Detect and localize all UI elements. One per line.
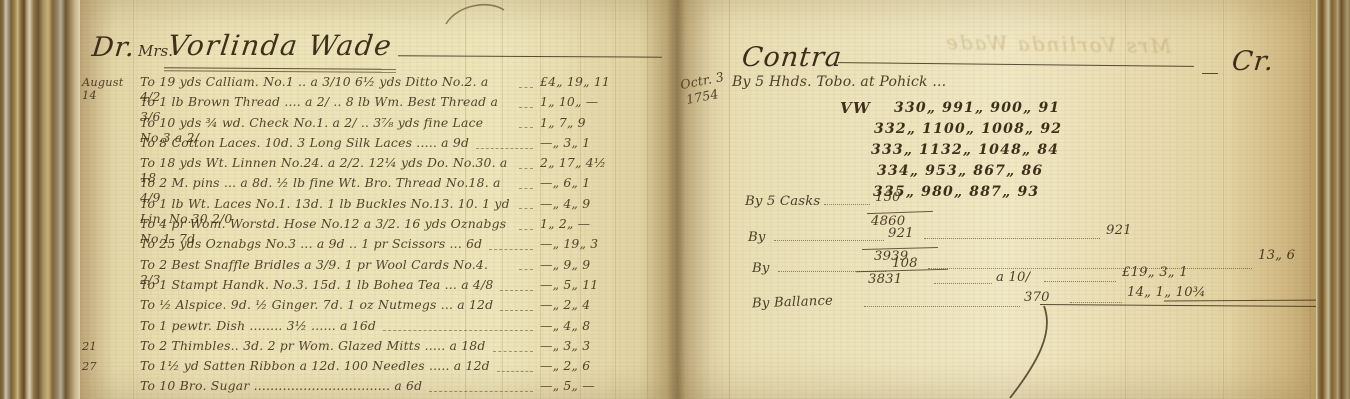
name-underline [164,67,396,73]
debit-abbrev: Dr. [90,32,136,63]
ledger-row: To 2 M. pins ... a 8d. ½ lb fine Wt. Bro… [82,175,638,195]
casks-label: By 5 Casks [745,194,820,209]
closing-rule [1040,304,1332,307]
ledger-row: To 1 Stampt Handk. No.3. 15d. 1 lb Bohea… [82,277,638,297]
entry-amount: —„ 4„ 9 [540,196,638,211]
entry-amount: —„ 9„ 9 [540,257,638,272]
price-rate: a 10/ [996,270,1030,285]
dash-leader [383,330,533,331]
dash-leader [500,310,533,311]
entry-amount: 1„ 7„ 9 [540,115,638,130]
tobacco-note-line: 330„ 991„ 900„ 91 [894,100,1060,116]
entry-amount: £4„ 19„ 11 [540,74,638,89]
final-weight-sum: 3831 [868,272,902,287]
entry-amount: —„ 5„ — [540,378,638,393]
casks-weight: 150 [875,190,901,205]
dash-leader [429,391,533,392]
entry-amount: 2„ 17„ 4½ [540,155,638,170]
ledger-row: To 18 yds Wt. Linnen No.24. a 2/2. 12¼ y… [82,155,638,175]
entry-amount: —„ 3„ 3 [540,338,638,353]
entry-amount: —„ 19„ 3 [540,236,638,251]
dash-leader [519,87,533,88]
ledger-book-photo: Dr. Mrs. Vorlinda Wade August 14To 19 yd… [0,0,1350,399]
entry-amount: —„ 3„ 1 [540,135,638,150]
entry-description: To 10 Bro. Sugar .......................… [140,378,422,393]
tobacco-entry: By 5 Hhds. Tobo. at Pohick ... [732,74,946,90]
ledger-row: To 4 pr Wom. Worstd. Hose No.12 a 3/2. 1… [82,216,638,236]
dot-leader [924,238,1100,239]
ledger-row: To 25 yds Oznabgs No.3 ... a 9d .. 1 pr … [82,236,638,256]
tobacco-note-line: 332„ 1100„ 1008„ 92 [874,121,1062,137]
credit-abbrev: Cr. [1230,46,1275,77]
tobacco-mark: VW [840,99,871,117]
dash-leader [519,107,533,108]
entry-date: 27 [82,360,140,373]
column-rule [1223,0,1224,399]
entry-amount: —„ 4„ 8 [540,318,638,333]
entry-amount: —„ 6„ 1 [540,175,638,190]
dash-leader [476,148,533,149]
book-fore-edge-right [1316,0,1350,399]
entry-amount: 1„ 2„ — [540,216,638,231]
ledger-row: To 1 lb Wt. Laces No.1. 13d. 1 lb Buckle… [82,196,638,216]
ledger-right-page: Mrs Vorlinda Wade Contra Cr. Octr. 3 175… [672,0,1316,399]
ledger-row: 27To 1½ yd Satten Ribbon a 12d. 100 Need… [82,358,638,378]
entry-amount: —„ 2„ 4 [540,297,638,312]
dash-leader [489,249,533,250]
dash-leader [500,290,533,291]
entry-description: To 1 Stampt Handk. No.3. 15d. 1 lb Bohea… [140,277,493,292]
deduction-weight-right: 921 [1106,223,1132,238]
entry-amount: 1„ 10„ — [540,94,638,109]
debit-entries: August 14To 19 yds Calliam. No.1 .. a 3/… [82,74,638,399]
dot-leader [824,204,870,205]
deduction-weight: 921 [888,226,914,241]
far-amount: 13„ 6 [1258,248,1295,263]
by-entry-label: By [748,230,766,245]
closing-rule [1164,300,1332,302]
ledger-row: To 2 Best Snaffle Bridles a 3/9. 1 pr Wo… [82,257,638,277]
dash-leader [497,371,533,372]
entry-date: August 14 [82,76,140,102]
ledger-row: August 14To 19 yds Calliam. No.1 .. a 3/… [82,74,638,94]
entry-description: To 1½ yd Satten Ribbon a 12d. 100 Needle… [140,358,490,373]
entry-amount: —„ 2„ 6 [540,358,638,373]
pen-flourish [438,0,518,30]
entry-description: To 8 Cotton Laces. 10d. 3 Long Silk Lace… [140,135,469,150]
dot-leader [774,240,884,241]
ledger-row: To ½ Alspice. 9d. ½ Ginger. 7d. 1 oz Nut… [82,297,638,317]
balance-label: By Ballance [752,294,834,312]
heading-dash [1202,73,1218,74]
heading-rule [838,62,1194,67]
entry-description: To 2 Thimbles.. 3d. 2 pr Wom. Glazed Mit… [140,338,486,353]
dash-leader [519,269,533,270]
entry-description: To 1 pewtr. Dish ........ 3½ ...... a 16… [140,318,376,333]
dash-leader [519,188,533,189]
ledger-left-page: Dr. Mrs. Vorlinda Wade August 14To 19 yd… [80,0,672,399]
dash-leader [519,168,533,169]
column-rule [729,0,730,399]
ledger-row: To 1 lb Brown Thread .... a 2/ .. 8 lb W… [82,94,638,114]
heading-rule [398,55,662,57]
dot-leader [1044,281,1116,282]
ledger-row: To 1 pewtr. Dish ........ 3½ ...... a 16… [82,318,638,338]
ledger-row: To 10 Bro. Sugar .......................… [82,378,638,398]
entry-description: To ½ Alspice. 9d. ½ Ginger. 7d. 1 oz Nut… [140,297,493,312]
tobacco-value-amount: £19„ 3„ 1 [1122,265,1188,280]
column-rule [1310,0,1311,399]
ink-bleed-through-text: Mrs Vorlinda Wade [944,30,1171,58]
tobacco-note-line: 334„ 953„ 867„ 86 [877,163,1043,179]
dash-leader [519,127,533,128]
ledger-row: To 8 Cotton Laces. 10d. 3 Long Silk Lace… [82,135,638,155]
ledger-row: To 10 yds ¾ wd. Check No.1. a 2/ .. 3⅞ y… [82,115,638,135]
pen-flourish [988,300,1078,399]
ledger-row: 21To 2 Thimbles.. 3d. 2 pr Wom. Glazed M… [82,338,638,358]
dot-leader [934,283,992,284]
column-rule [1125,0,1126,399]
entry-description: To 25 yds Oznabgs No.3 ... a 9d .. 1 pr … [140,236,482,251]
dash-leader [493,351,533,352]
account-holder-name: Vorlinda Wade [166,29,394,62]
column-rule [647,0,648,399]
dash-leader [519,208,533,209]
balance-amount: 14„ 1„ 10¾ [1127,285,1206,300]
book-binding-left-edge [0,0,80,399]
entry-amount: —„ 5„ 11 [540,277,638,292]
by-entry-label: By [752,261,770,276]
tobacco-note-line: 333„ 1132„ 1048„ 84 [871,142,1059,158]
dot-leader [928,268,1252,269]
entry-date: 21 [82,340,140,353]
dash-leader [519,229,533,230]
contra-heading: Contra [740,42,843,73]
